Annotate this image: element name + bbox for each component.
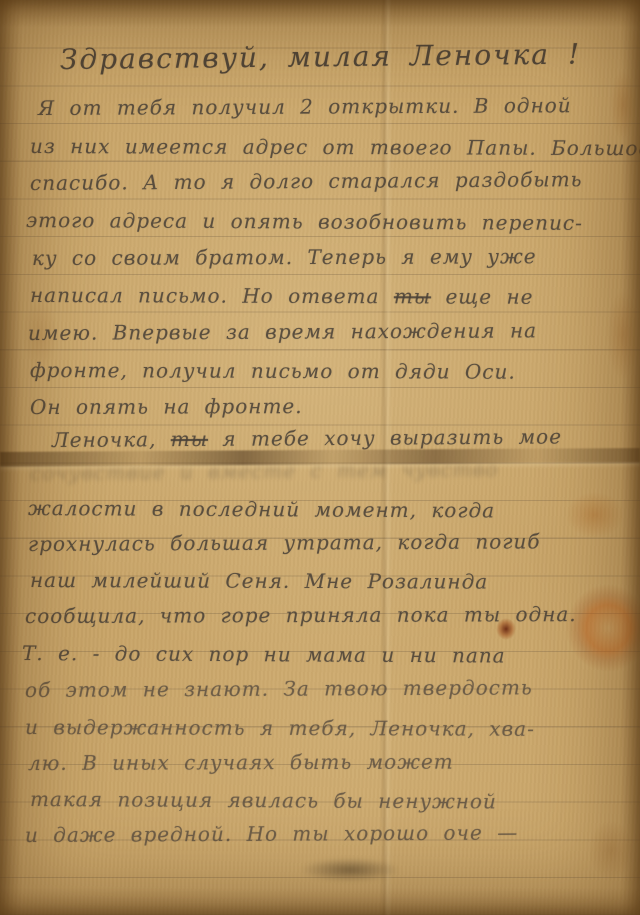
letter-line: такая позиция явилась бы ненужной xyxy=(30,789,497,811)
letter-line: и даже вредной. Но ты хорошо оче — xyxy=(25,822,518,845)
letter-line-with-strike: Леночка, ты я тебе хочу выразить мое xyxy=(52,426,562,450)
letter-scan: Здравствуй, милая Леночка ! Я от тебя по… xyxy=(0,0,640,915)
line-text: написал письмо. Но ответа xyxy=(30,283,394,308)
letter-line: этого адреса и опять возобновить перепис… xyxy=(26,210,583,233)
letter-line: фронте, получил письмо от дяди Оси. xyxy=(30,360,516,382)
letter-line: из них имеется адрес от твоего Папы. Бол… xyxy=(30,136,640,158)
line-text: Леночка, xyxy=(52,427,171,452)
letter-line-with-strike: написал письмо. Но ответа ты еще не xyxy=(30,285,534,307)
letter-line: наш милейший Сеня. Мне Розалинда xyxy=(30,570,488,592)
letter-line: и выдержанность я тебя, Леночка, хва- xyxy=(25,717,535,739)
letter-line: ку со своим братом. Теперь я ему уже xyxy=(32,246,537,268)
letter-line: жалости в последний момент, когда xyxy=(28,498,495,520)
greeting-line: Здравствуй, милая Леночка ! xyxy=(60,41,581,74)
strikethrough-word: ты xyxy=(171,427,208,451)
letter-line: спасибо. А то я долго старался раздобыть xyxy=(30,169,583,193)
letter-line-illegible: сочувствие и вместе с тем чувство xyxy=(30,459,498,483)
strikethrough-word: ты xyxy=(394,284,431,308)
letter-line: грохнулась большая утрата, когда погиб xyxy=(28,531,541,554)
letter-line: Я от тебя получил 2 открытки. В одной xyxy=(38,95,572,118)
letter-line: лю. В иных случаях быть может xyxy=(28,752,454,773)
letter-line: об этом не знают. За твою твердость xyxy=(25,677,533,700)
letter-line: сообщила, что горе приняла пока ты одна. xyxy=(25,604,577,626)
handwritten-text: Здравствуй, милая Леночка ! Я от тебя по… xyxy=(0,0,640,915)
line-text: я тебе хочу выразить мое xyxy=(208,424,562,450)
letter-line: Т. е. - до сих пор ни мама и ни папа xyxy=(22,643,506,666)
letter-line: Он опять на фронте. xyxy=(30,396,303,417)
line-text: еще не xyxy=(431,284,534,308)
letter-line: имею. Впервые за время нахождения на xyxy=(28,320,537,343)
